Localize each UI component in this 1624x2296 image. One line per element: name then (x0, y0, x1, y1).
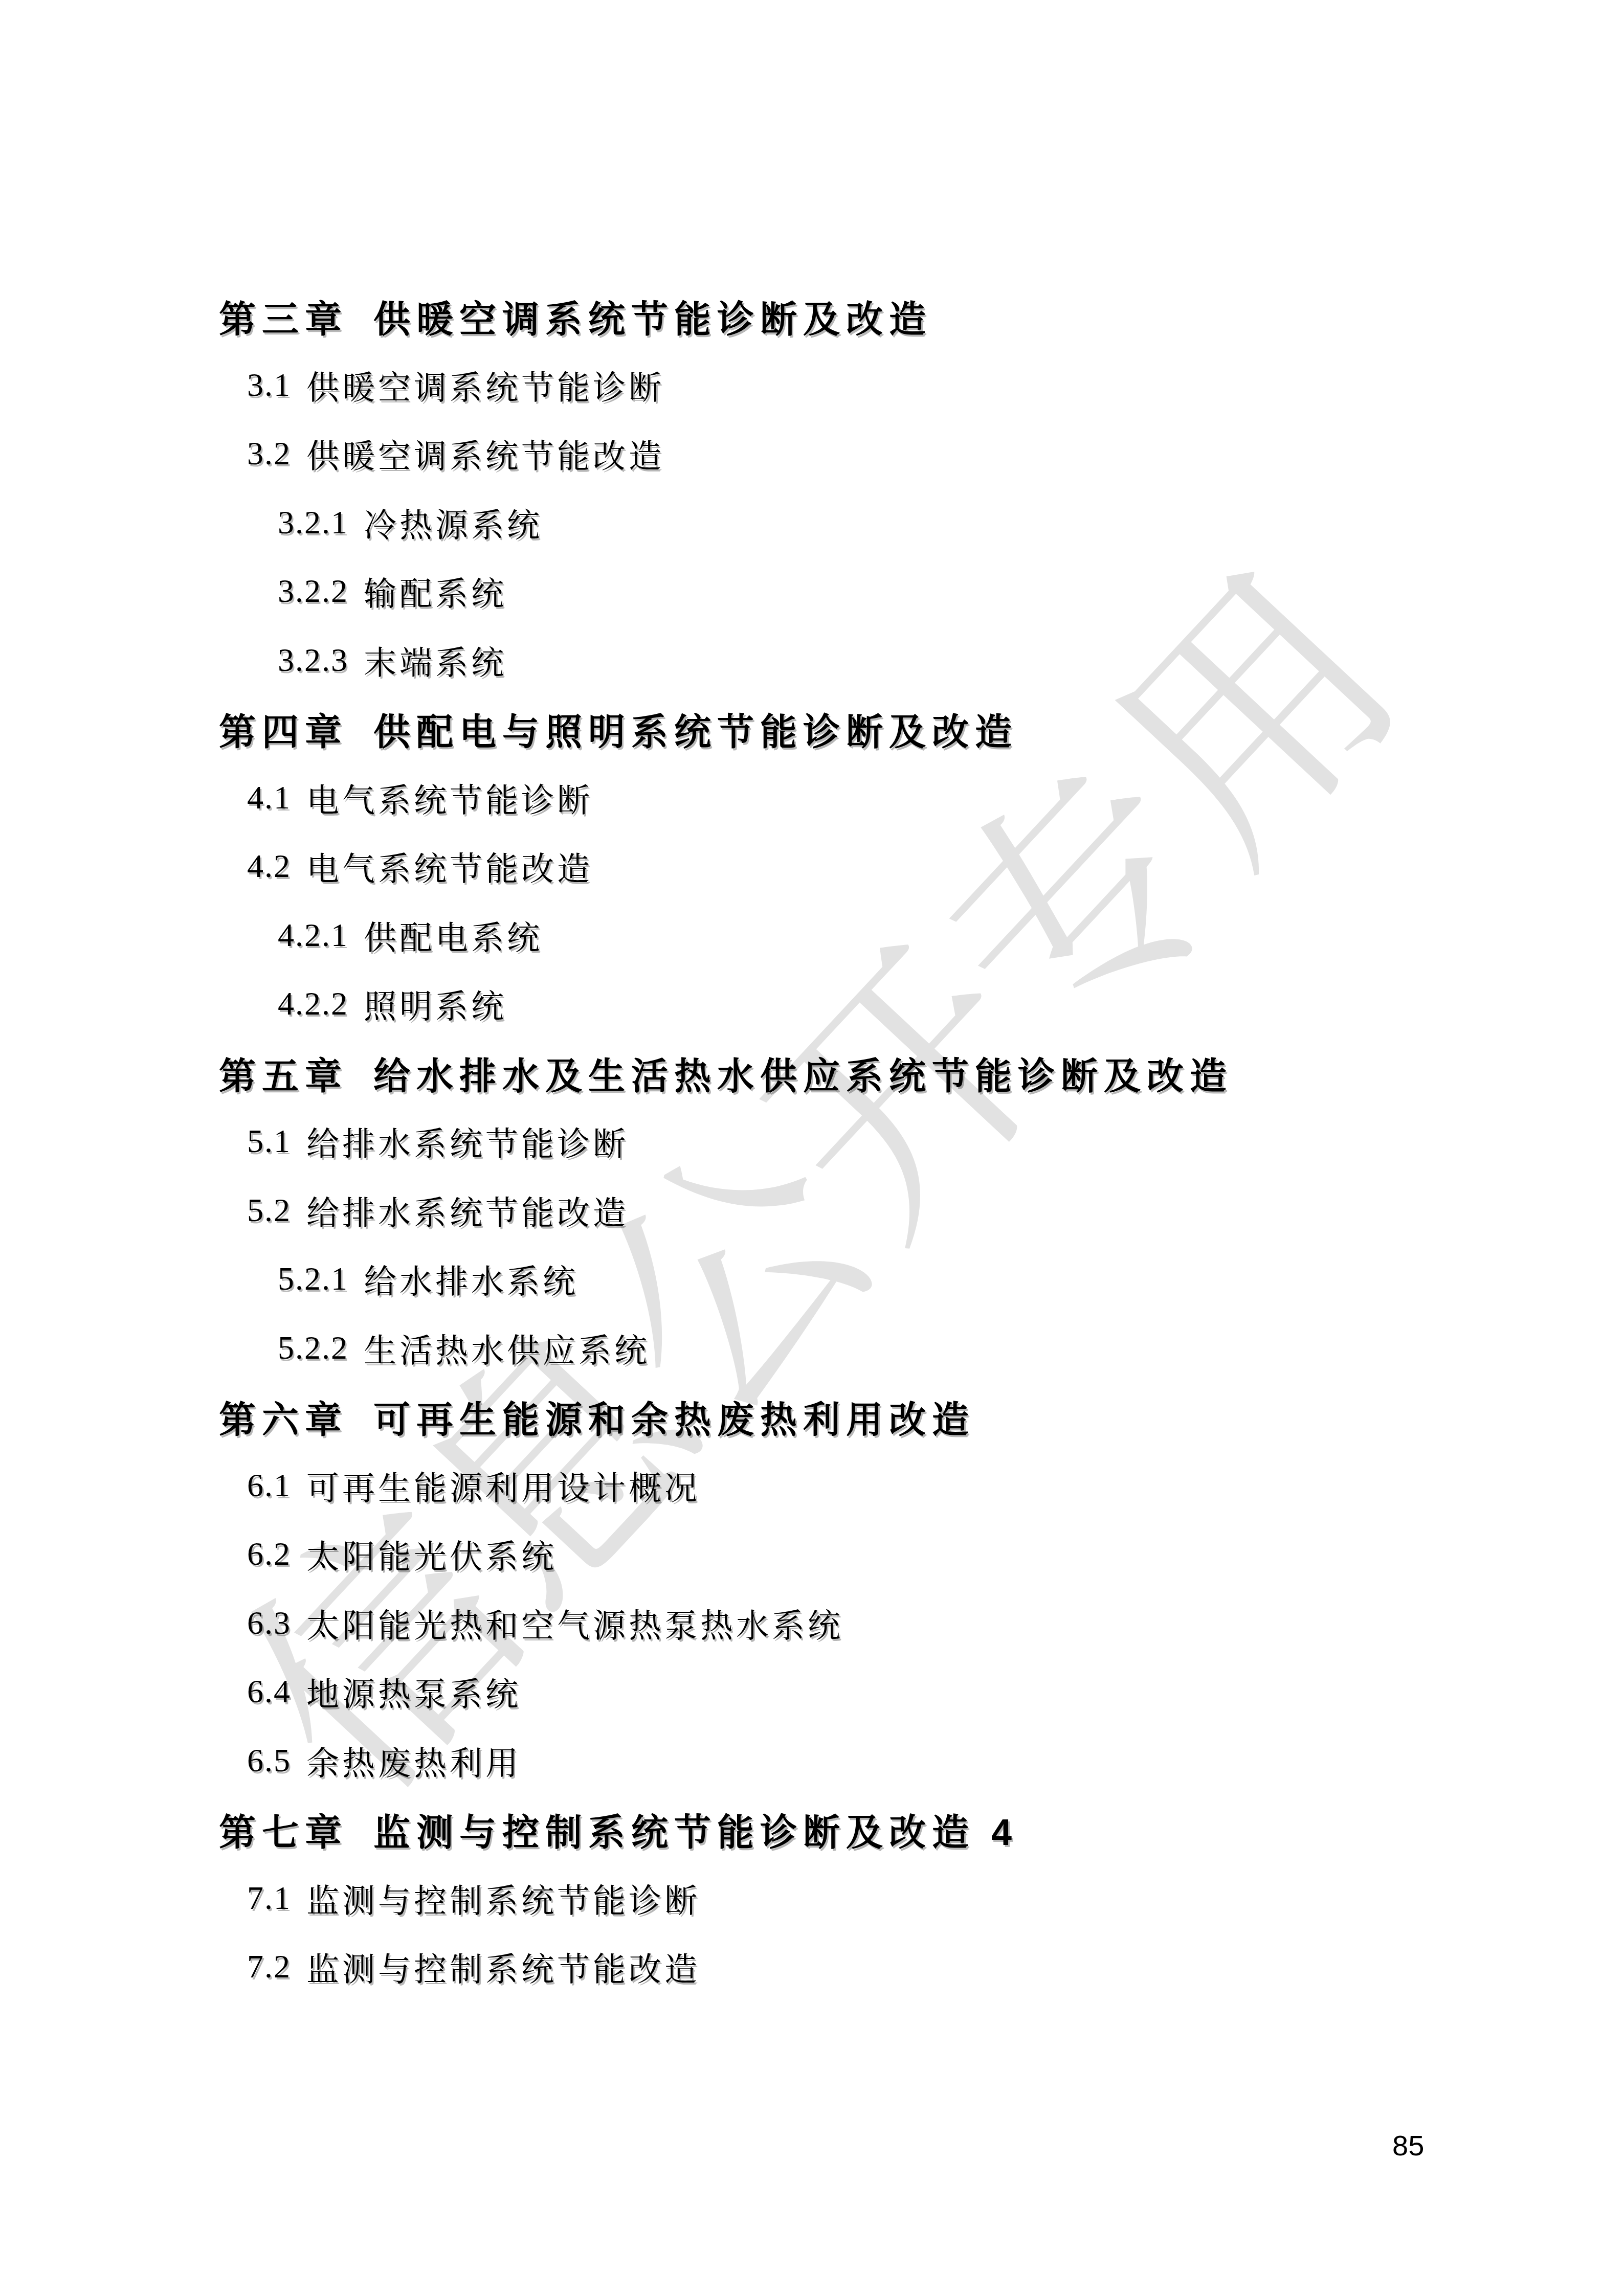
table-of-contents: 第三章 供暖空调系统节能诊断及改造 3.1 供暖空调系统节能诊断 3.2 供暖空… (0, 282, 1624, 2001)
toc-entry: 4.2 电气系统节能改造 (0, 832, 1624, 901)
toc-entry: 5.2.2 生活热水供应系统 (0, 1314, 1624, 1383)
toc-item-title: 余热废热利用 (306, 1737, 521, 1784)
toc-entry: 第三章 供暖空调系统节能诊断及改造 (0, 282, 1624, 351)
toc-item-title: 太阳能光伏系统 (306, 1530, 557, 1578)
toc-item-number: 6.2 (247, 1535, 291, 1573)
toc-entry: 6.1 可再生能源利用设计概况 (0, 1451, 1624, 1520)
toc-item-number: 6.3 (247, 1604, 291, 1642)
toc-entry: 3.2.2 输配系统 (0, 557, 1624, 626)
toc-entry: 5.2 给排水系统节能改造 (0, 1176, 1624, 1245)
toc-item-title: 供暖空调系统节能诊断 (306, 362, 664, 409)
toc-entry: 5.2.1 给水排水系统 (0, 1245, 1624, 1314)
toc-entry: 第四章 供配电与照明系统节能诊断及改造 (0, 694, 1624, 763)
toc-entry: 6.2 太阳能光伏系统 (0, 1520, 1624, 1589)
document-page: 信息公开专用 第三章 供暖空调系统节能诊断及改造 3.1 供暖空调系统节能诊断 … (0, 0, 1624, 2296)
toc-entry: 7.1 监测与控制系统节能诊断 (0, 1864, 1624, 1933)
toc-item-number: 6.5 (247, 1742, 291, 1780)
toc-entry: 3.2.1 冷热源系统 (0, 488, 1624, 557)
toc-item-number: 7.1 (247, 1879, 291, 1917)
toc-entry: 6.5 余热废热利用 (0, 1726, 1624, 1795)
toc-entry: 4.2.1 供配电系统 (0, 901, 1624, 970)
toc-entry: 第五章 给水排水及生活热水供应系统节能诊断及改造 (0, 1039, 1624, 1108)
toc-entry: 7.2 监测与控制系统节能改造 (0, 1932, 1624, 2001)
toc-item-number: 第三章 (219, 289, 348, 343)
toc-item-title: 可再生能源利用设计概况 (306, 1462, 700, 1509)
toc-item-title: 供配电系统 (364, 912, 543, 959)
toc-item-title: 给水排水及生活热水供应系统节能诊断及改造 (373, 1046, 1233, 1099)
toc-item-number: 第六章 (219, 1390, 348, 1443)
toc-item-title: 冷热源系统 (364, 499, 543, 546)
toc-entry: 5.1 给排水系统节能诊断 (0, 1107, 1624, 1176)
toc-item-number: 5.1 (247, 1122, 291, 1160)
toc-item-number: 5.2.2 (278, 1329, 348, 1367)
toc-item-number: 3.2.3 (278, 641, 348, 679)
toc-entry: 6.3 太阳能光热和空气源热泵热水系统 (0, 1589, 1624, 1658)
toc-item-number: 4.2.2 (278, 985, 348, 1023)
toc-item-title: 监测与控制系统节能诊断 (306, 1875, 700, 1922)
toc-entry: 3.2.3 末端系统 (0, 626, 1624, 695)
toc-item-number: 3.2.2 (278, 572, 348, 610)
toc-item-title: 给排水系统节能诊断 (306, 1118, 629, 1165)
toc-item-number: 第四章 (219, 702, 348, 755)
toc-item-title: 供暖空调系统节能改造 (306, 430, 664, 477)
toc-item-number: 第七章 (219, 1803, 348, 1856)
toc-item-title: 监测与控制系统节能改造 (306, 1943, 700, 1990)
toc-item-number: 4.1 (247, 779, 291, 817)
page-number: 85 (1392, 2131, 1424, 2160)
toc-item-number: 5.2.1 (278, 1260, 348, 1298)
toc-item-title: 供配电与照明系统节能诊断及改造 (373, 702, 1018, 755)
toc-entry: 6.4 地源热泵系统 (0, 1657, 1624, 1726)
toc-item-number: 3.1 (247, 366, 291, 404)
toc-item-title: 照明系统 (364, 980, 507, 1027)
toc-item-title: 监测与控制系统节能诊断及改造 4 (373, 1803, 1018, 1856)
toc-entry: 第七章 监测与控制系统节能诊断及改造 4 (0, 1795, 1624, 1864)
toc-item-number: 第五章 (219, 1046, 348, 1099)
toc-item-title: 生活热水供应系统 (364, 1324, 650, 1371)
toc-item-title: 电气系统节能改造 (306, 843, 593, 890)
toc-item-title: 给排水系统节能改造 (306, 1187, 629, 1234)
toc-item-title: 地源热泵系统 (306, 1668, 521, 1715)
toc-entry: 3.1 供暖空调系统节能诊断 (0, 351, 1624, 420)
toc-item-number: 4.2.1 (278, 916, 348, 954)
toc-item-number: 7.2 (247, 1948, 291, 1986)
toc-entry: 4.2.2 照明系统 (0, 970, 1624, 1039)
toc-item-number: 5.2 (247, 1191, 291, 1229)
toc-entry: 第六章 可再生能源和余热废热利用改造 (0, 1382, 1624, 1451)
toc-item-title: 电气系统节能诊断 (306, 774, 593, 821)
toc-entry: 4.1 电气系统节能诊断 (0, 763, 1624, 832)
toc-item-title: 太阳能光热和空气源热泵热水系统 (306, 1600, 843, 1647)
toc-item-number: 6.4 (247, 1673, 291, 1710)
toc-item-title: 末端系统 (364, 637, 507, 684)
toc-item-title: 供暖空调系统节能诊断及改造 (373, 289, 932, 343)
toc-item-number: 3.2 (247, 435, 291, 472)
toc-item-number: 4.2 (247, 847, 291, 885)
toc-entry: 3.2 供暖空调系统节能改造 (0, 419, 1624, 488)
toc-item-title: 给水排水系统 (364, 1255, 579, 1302)
toc-item-title: 输配系统 (364, 568, 507, 615)
toc-item-number: 6.1 (247, 1467, 291, 1504)
toc-item-number: 3.2.1 (278, 504, 348, 542)
toc-item-title: 可再生能源和余热废热利用改造 (373, 1390, 975, 1443)
